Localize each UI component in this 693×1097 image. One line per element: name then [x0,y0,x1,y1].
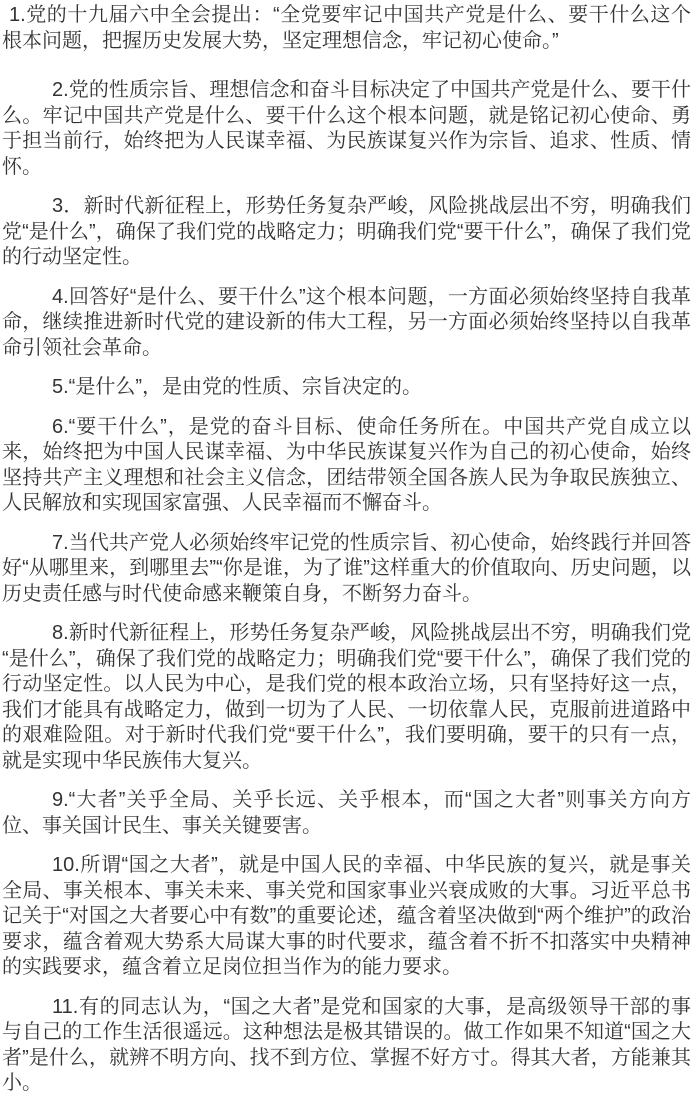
paragraph-7: 7.当代共产党人必须始终牢记党的性质宗旨、初心使命，始终践行并回答好“从哪里来，… [2,531,691,608]
paragraph-1: 1.党的十九届六中全会提出：“全党要牢记中国共产党是什么、要干什么这个根本问题，… [2,3,691,54]
paragraph-11: 11.有的同志认为，“国之大者”是党和国家的大事，是高级领导干部的事与自己的工作… [2,995,691,1097]
document-page: { "page": { "background_color": "#ffffff… [0,0,693,1097]
paragraph-4: 4.回答好“是什么、要干什么”这个根本问题，一方面必须始终坚持自我革命，继续推进… [2,285,691,362]
paragraph-9: 9.“大者”关乎全局、关乎长远、关乎根本，而“国之大者”则事关方向方位、事关国计… [2,788,691,839]
paragraph-5: 5.“是什么”，是由党的性质、宗旨决定的。 [2,375,691,401]
paragraph-8: 8.新时代新征程上，形势任务复杂严峻，风险挑战层出不穷，明确我们党“是什么”，确… [2,621,691,774]
paragraph-10: 10.所谓“国之大者”，就是中国人民的幸福、中华民族的复兴，就是事关全局、事关根… [2,853,691,981]
paragraph-6: 6.“要干什么”，是党的奋斗目标、使命任务所在。中国共产党自成立以来，始终把为中… [2,415,691,517]
paragraph-2: 2.党的性质宗旨、理想信念和奋斗目标决定了中国共产党是什么、要干什么。牢记中国共… [2,78,691,180]
document-body: 1.党的十九届六中全会提出：“全党要牢记中国共产党是什么、要干什么这个根本问题，… [0,0,693,1097]
paragraph-3: 3．新时代新征程上，形势任务复杂严峻，风险挑战层出不穷，明确我们党“是什么”，确… [2,194,691,271]
